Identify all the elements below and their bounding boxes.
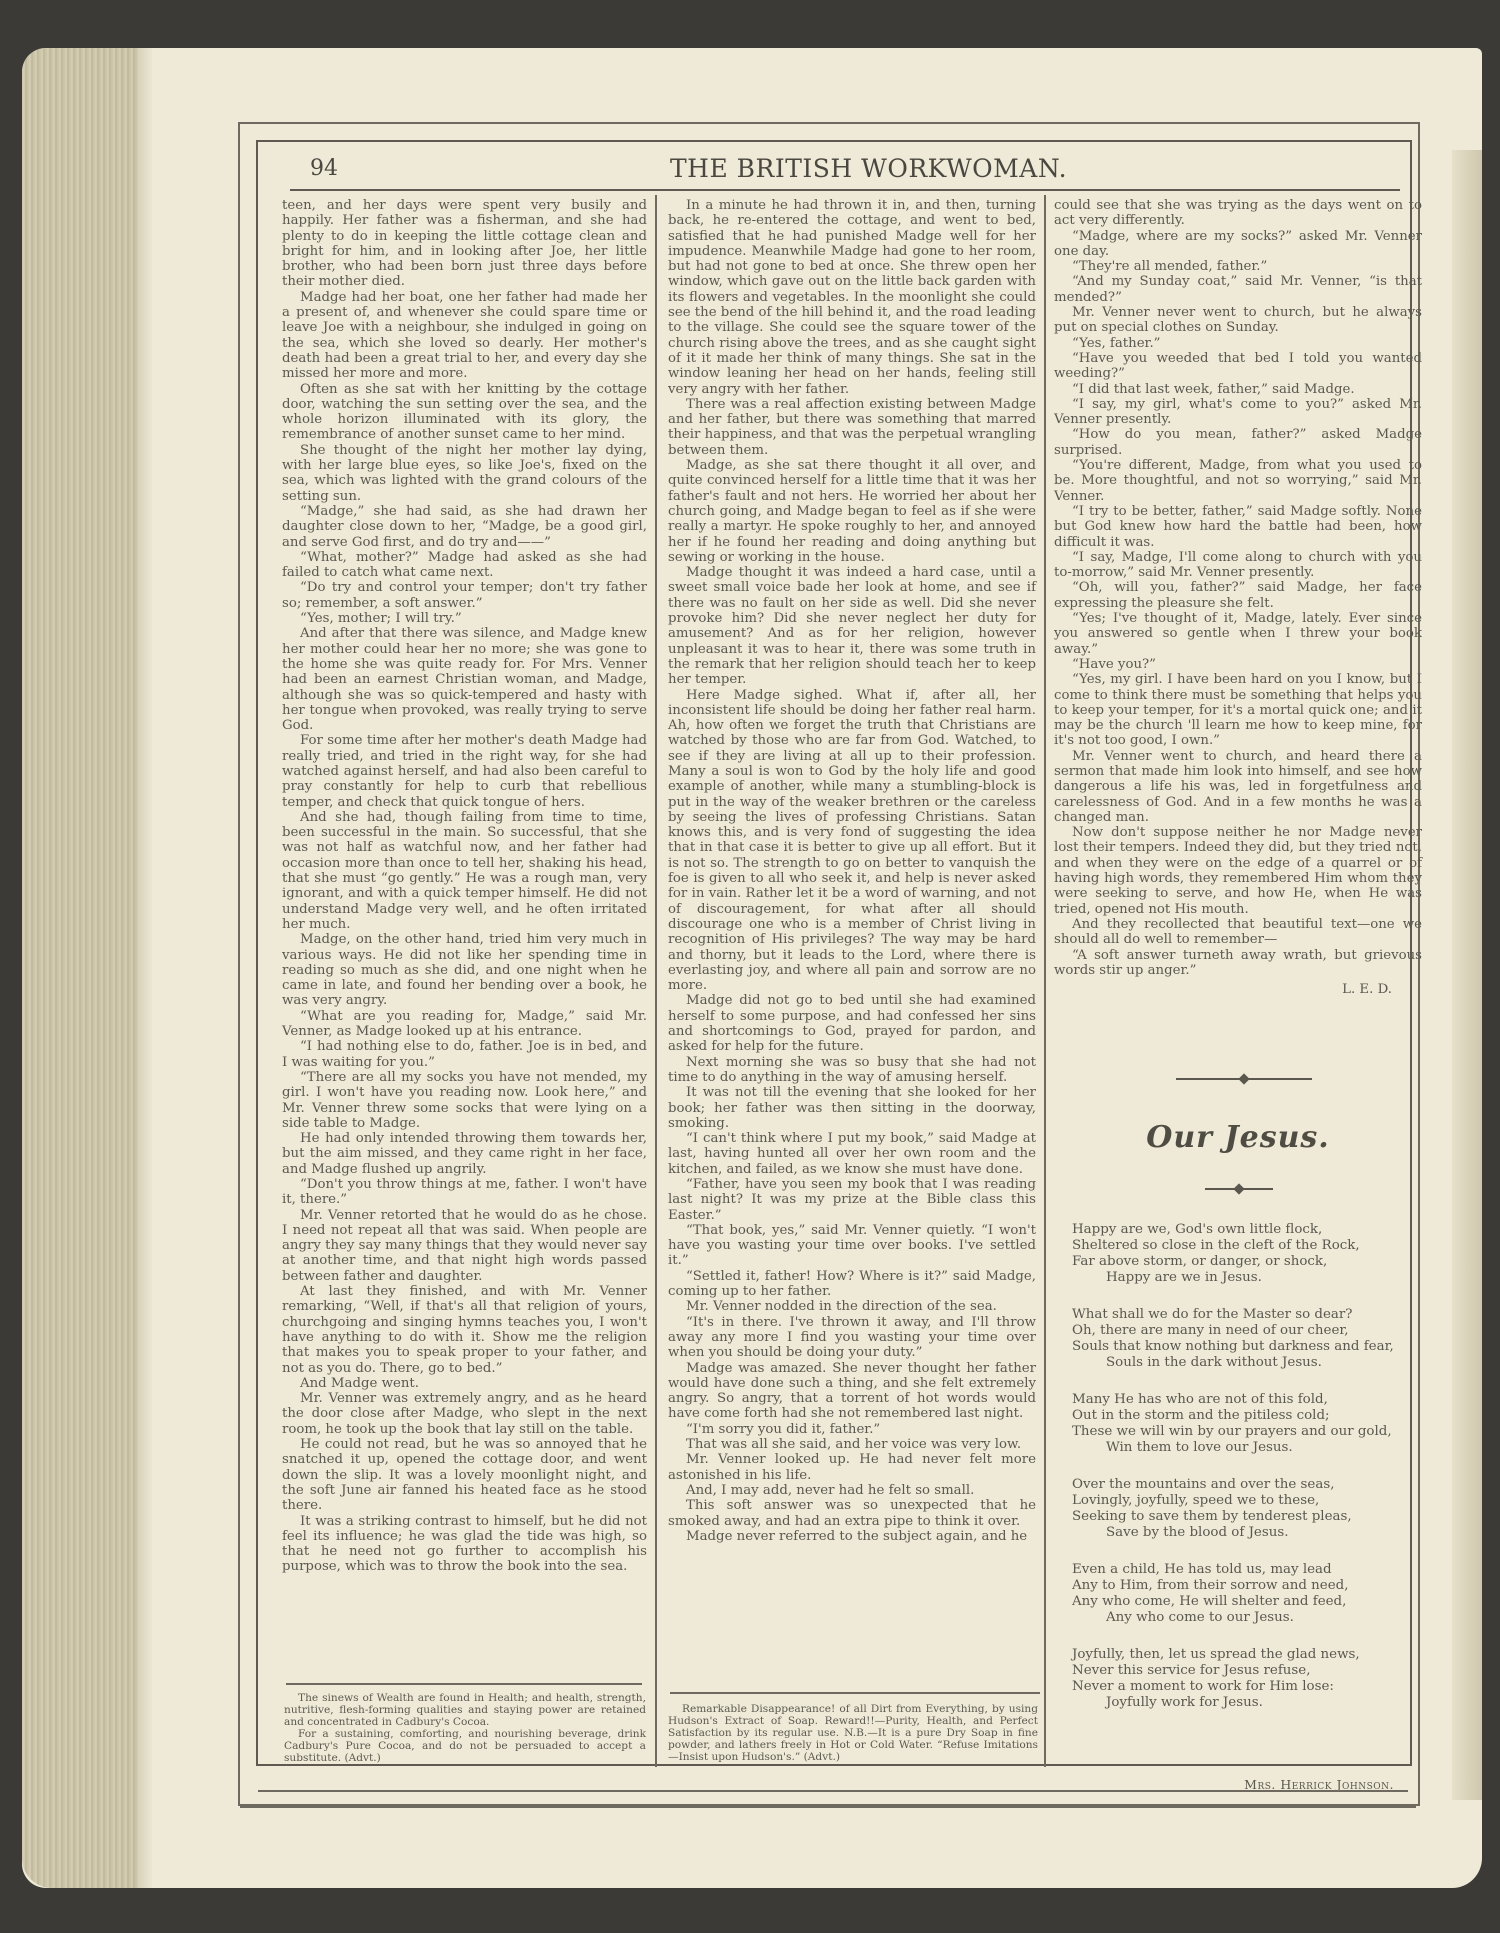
paragraph: Here Madge sighed. What if, after all, h… (668, 688, 1036, 994)
paragraph: And they recollected that beautiful text… (1054, 917, 1422, 948)
paragraph: She thought of the night her mother lay … (282, 443, 647, 504)
hudson-advert: Remarkable Disappearance! of all Dirt fr… (668, 1703, 1038, 1763)
poem-stanza: What shall we do for the Master so dear?… (1072, 1307, 1422, 1371)
paragraph: “A soft answer turneth away wrath, but g… (1054, 948, 1422, 979)
paragraph: For some time after her mother's death M… (282, 733, 647, 809)
paragraph: “Don't you throw things at me, father. I… (282, 1177, 647, 1208)
column-2: In a minute he had thrown it in, and the… (668, 198, 1036, 1544)
poem-body: Happy are we, God's own little flock,She… (1072, 1222, 1422, 1732)
poem-line: Any to Him, from their sorrow and need, (1072, 1578, 1422, 1594)
paragraph: Madge, on the other hand, tried him very… (282, 932, 647, 1008)
paragraph: And after that there was silence, and Ma… (282, 626, 647, 733)
column-3: could see that she was trying as the day… (1054, 198, 1422, 997)
paragraph: It was not till the evening that she loo… (668, 1085, 1036, 1131)
paragraph: Mr. Venner went to church, and heard the… (1054, 749, 1422, 825)
poem-line: What shall we do for the Master so dear? (1072, 1307, 1422, 1323)
paragraph: “They're all mended, father.” (1054, 259, 1422, 274)
paragraph: This soft answer was so unexpected that … (668, 1498, 1036, 1529)
paragraph: Madge did not go to bed until she had ex… (668, 993, 1036, 1054)
paragraph: Mr. Venner was extremely angry, and as h… (282, 1391, 647, 1437)
bottom-rule (258, 1790, 1408, 1792)
paragraph: “Yes; I've thought of it, Madge, lately.… (1054, 611, 1422, 657)
paragraph: Mr. Venner nodded in the direction of th… (668, 1299, 1036, 1314)
paragraph: “It's in there. I've thrown it away, and… (668, 1315, 1036, 1361)
paragraph: Mr. Venner retorted that he would do as … (282, 1208, 647, 1284)
poem-line: Even a child, He has told us, may lead (1072, 1562, 1422, 1578)
column-divider (1044, 195, 1046, 1767)
paragraph: “There are all my socks you have not men… (282, 1070, 647, 1131)
advert-text: For a sustaining, comforting, and nouris… (284, 1728, 646, 1764)
column-divider (655, 195, 657, 1767)
paragraph: “How do you mean, father?” asked Madge s… (1054, 427, 1422, 458)
paragraph: “Do try and control your temper; don't t… (282, 580, 647, 611)
author-signature: L. E. D. (1054, 982, 1422, 997)
paragraph: “Yes, my girl. I have been hard on you I… (1054, 672, 1422, 748)
poem-title: Our Jesus. (1054, 1120, 1422, 1155)
poem-line: Save by the blood of Jesus. (1072, 1525, 1422, 1541)
paragraph: At last they finished, and with Mr. Venn… (282, 1284, 647, 1376)
paragraph: There was a real affection existing betw… (668, 397, 1036, 458)
page-number: 94 (310, 156, 338, 181)
poem-line: Joyfully, then, let us spread the glad n… (1072, 1647, 1422, 1663)
paragraph: It was a striking contrast to himself, b… (282, 1514, 647, 1575)
poem-line: Happy are we in Jesus. (1072, 1270, 1422, 1286)
page-edges (22, 48, 152, 1888)
paragraph: “Madge,” she had said, as she had drawn … (282, 504, 647, 550)
cadbury-advert: The sinews of Wealth are found in Health… (284, 1692, 646, 1764)
poem-line: Happy are we, God's own little flock, (1072, 1222, 1422, 1238)
paragraph: “Oh, will you, father?” said Madge, her … (1054, 580, 1422, 611)
paragraph: “Yes, father.” (1054, 336, 1422, 351)
paragraph: Often as she sat with her knitting by th… (282, 382, 647, 443)
column-1: teen, and her days were spent very busil… (282, 198, 647, 1575)
paragraph: He could not read, but he was so annoyed… (282, 1437, 647, 1513)
paragraph: “I had nothing else to do, father. Joe i… (282, 1039, 647, 1070)
paragraph: Madge was amazed. She never thought her … (668, 1361, 1036, 1422)
paragraph: “I can't think where I put my book,” sai… (668, 1131, 1036, 1177)
paragraph: “Madge, where are my socks?” asked Mr. V… (1054, 229, 1422, 260)
paragraph: could see that she was trying as the day… (1054, 198, 1422, 229)
advert-text: The sinews of Wealth are found in Health… (284, 1692, 646, 1728)
publication-title: THE BRITISH WORKWOMAN. (670, 154, 1067, 183)
poem-line: Joyfully work for Jesus. (1072, 1695, 1422, 1711)
poem-line: Never a moment to work for Him lose: (1072, 1679, 1422, 1695)
paragraph: teen, and her days were spent very busil… (282, 198, 647, 290)
paragraph: And, I may add, never had he felt so sma… (668, 1483, 1036, 1498)
paragraph: Madge never referred to the subject agai… (668, 1529, 1036, 1544)
poem-stanza: Happy are we, God's own little flock,She… (1072, 1222, 1422, 1286)
paragraph: “And my Sunday coat,” said Mr. Venner, “… (1054, 274, 1422, 305)
ornamental-divider (1176, 1078, 1312, 1080)
poem-line: Souls that know nothing but darkness and… (1072, 1339, 1422, 1355)
paragraph: “You're different, Madge, from what you … (1054, 458, 1422, 504)
poem-line: Many He has who are not of this fold, (1072, 1392, 1422, 1408)
paragraph: “Yes, mother; I will try.” (282, 611, 647, 626)
poem-line: Seeking to save them by tenderest pleas, (1072, 1509, 1422, 1525)
advert-divider (286, 1683, 642, 1685)
paragraph: Madge had her boat, one her father had m… (282, 290, 647, 382)
paragraph: “Have you?” (1054, 657, 1422, 672)
paragraph: “I'm sorry you did it, father.” (668, 1422, 1036, 1437)
paragraph: “I say, Madge, I'll come along to church… (1054, 550, 1422, 581)
advert-divider (670, 1692, 1040, 1694)
paragraph: Madge thought it was indeed a hard case,… (668, 565, 1036, 687)
paragraph: That was all she said, and her voice was… (668, 1437, 1036, 1452)
paragraph: Now don't suppose neither he nor Madge n… (1054, 825, 1422, 917)
paragraph: “Father, have you seen my book that I wa… (668, 1177, 1036, 1223)
poem-line: Lovingly, joyfully, speed we to these, (1072, 1493, 1422, 1509)
poem-line: Any who come to our Jesus. (1072, 1610, 1422, 1626)
poem-line: Oh, there are many in need of our cheer, (1072, 1323, 1422, 1339)
paragraph: In a minute he had thrown it in, and the… (668, 198, 1036, 397)
paragraph: “I say, my girl, what's come to you?” as… (1054, 397, 1422, 428)
ornamental-divider (1205, 1188, 1273, 1190)
paragraph: “I did that last week, father,” said Mad… (1054, 382, 1422, 397)
paragraph: “I try to be better, father,” said Madge… (1054, 504, 1422, 550)
paragraph: “Have you weeded that bed I told you wan… (1054, 351, 1422, 382)
paragraph: Madge, as she sat there thought it all o… (668, 458, 1036, 565)
paragraph: He had only intended throwing them towar… (282, 1131, 647, 1177)
header-rule (290, 189, 1400, 191)
paragraph: “What are you reading for, Madge,” said … (282, 1009, 647, 1040)
poem-stanza: Even a child, He has told us, may leadAn… (1072, 1562, 1422, 1626)
poem-line: Win them to love our Jesus. (1072, 1440, 1422, 1456)
poem-line: Never this service for Jesus refuse, (1072, 1663, 1422, 1679)
poem-line: Out in the storm and the pitiless cold; (1072, 1408, 1422, 1424)
poem-stanza: Many He has who are not of this fold,Out… (1072, 1392, 1422, 1456)
paragraph: And Madge went. (282, 1376, 647, 1391)
poem-line: Over the mountains and over the seas, (1072, 1477, 1422, 1493)
poem-stanza: Over the mountains and over the seas,Lov… (1072, 1477, 1422, 1541)
paragraph: “That book, yes,” said Mr. Venner quietl… (668, 1223, 1036, 1269)
paragraph: “Settled it, father! How? Where is it?” … (668, 1269, 1036, 1300)
paragraph: And she had, though failing from time to… (282, 810, 647, 932)
paragraph: Mr. Venner never went to church, but he … (1054, 305, 1422, 336)
page-curl (1452, 150, 1482, 1800)
poem-line: Souls in the dark without Jesus. (1072, 1355, 1422, 1371)
poem-line: Sheltered so close in the cleft of the R… (1072, 1238, 1422, 1254)
bottom-rule (240, 1806, 1416, 1808)
advert-text: Remarkable Disappearance! of all Dirt fr… (668, 1703, 1038, 1763)
poem-line: These we will win by our prayers and our… (1072, 1424, 1422, 1440)
paragraph: Mr. Venner looked up. He had never felt … (668, 1452, 1036, 1483)
page-header: 94 THE BRITISH WORKWOMAN. (290, 148, 1400, 188)
paragraph: “What, mother?” Madge had asked as she h… (282, 550, 647, 581)
poem-stanza: Joyfully, then, let us spread the glad n… (1072, 1647, 1422, 1711)
paragraph: Next morning she was so busy that she ha… (668, 1055, 1036, 1086)
poem-line: Far above storm, or danger, or shock, (1072, 1254, 1422, 1270)
poem-line: Any who come, He will shelter and feed, (1072, 1594, 1422, 1610)
